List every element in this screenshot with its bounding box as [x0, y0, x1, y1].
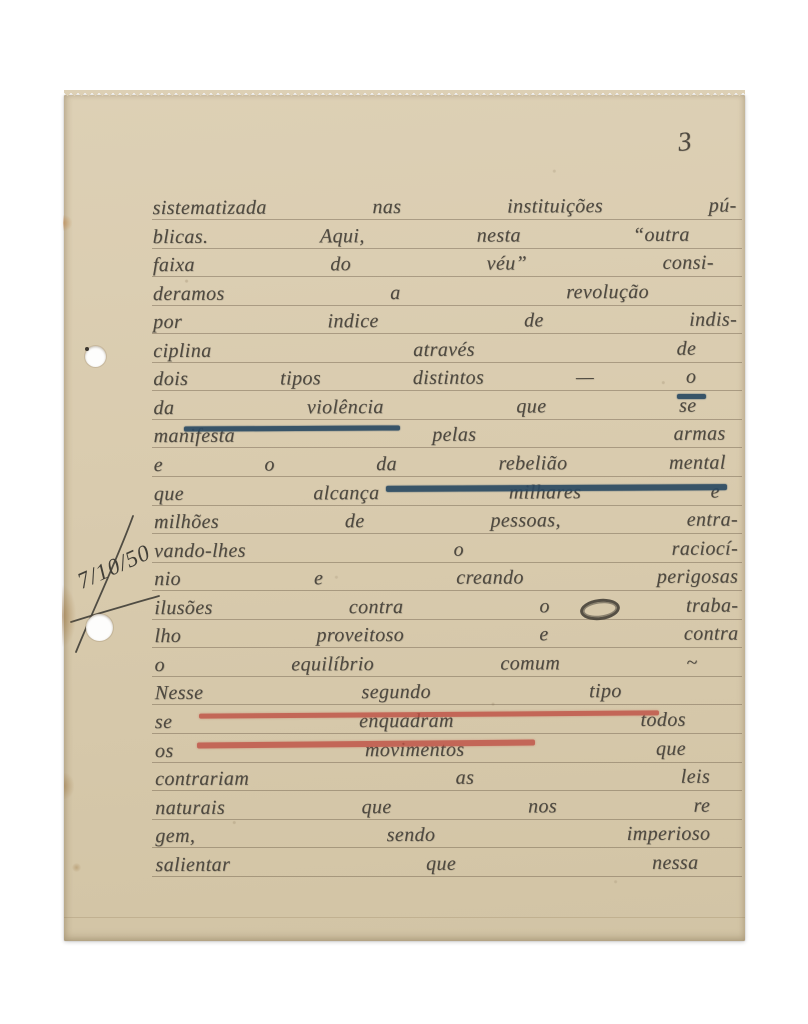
blue-underline-o	[677, 394, 706, 399]
margin-date-text: 7/10/50	[73, 539, 154, 593]
punch-hole-bottom	[86, 614, 113, 641]
manuscript-text-line: deramos a revolução	[153, 281, 649, 308]
paper-crease	[64, 917, 745, 918]
manuscript-text-line: naturais que nos re	[155, 794, 710, 821]
manuscript-text-line: por indice de indis-	[153, 309, 737, 337]
manuscript-text-line: blicas. Aqui, nesta “outra	[153, 223, 690, 250]
manuscript-text-line: vando-lhes o raciocí-	[154, 537, 738, 565]
scan-background: { "document": { "page_number": "3", "mar…	[0, 0, 808, 1024]
manuscript-text-line: sistematizada nas instituições pú-	[153, 195, 737, 223]
date-underline-stroke	[71, 596, 159, 622]
manuscript-text-line: da violência que se	[153, 395, 696, 422]
manuscript-text-line: contrariam as leis	[155, 766, 710, 793]
manuscript-text-line: dois tipos distintos — o	[153, 366, 696, 393]
manuscript-text-line: faixa do véu” consi-	[153, 252, 714, 279]
manuscript-text-line: milhões de pessoas, entra-	[154, 509, 738, 537]
manuscript-page: 3 sistematizada nas instituições pú-blic…	[64, 95, 745, 941]
manuscript-text-line: Nesse segundo tipo	[155, 680, 622, 707]
manuscript-text-line: lho proveitoso e contra	[154, 623, 738, 651]
manuscript-text-line: gem, sendo imperioso	[155, 823, 710, 850]
manuscript-text-line: salientar que nessa	[155, 851, 698, 878]
manuscript-text-line: ciplina através de	[153, 338, 696, 365]
manuscript-text-line: nio e creando perigosas	[154, 566, 738, 594]
manuscript-text-line: ilusões contra o traba-	[154, 594, 738, 622]
manuscript-text-line: o equilíbrio comum ~	[155, 652, 698, 679]
manuscript-text-line: e o da rebelião mental	[154, 451, 726, 478]
punch-hole-top	[85, 346, 106, 367]
scan-canvas: 3 sistematizada nas instituições pú-blic…	[0, 0, 808, 1024]
margin-date: 7/10/50	[69, 510, 165, 660]
